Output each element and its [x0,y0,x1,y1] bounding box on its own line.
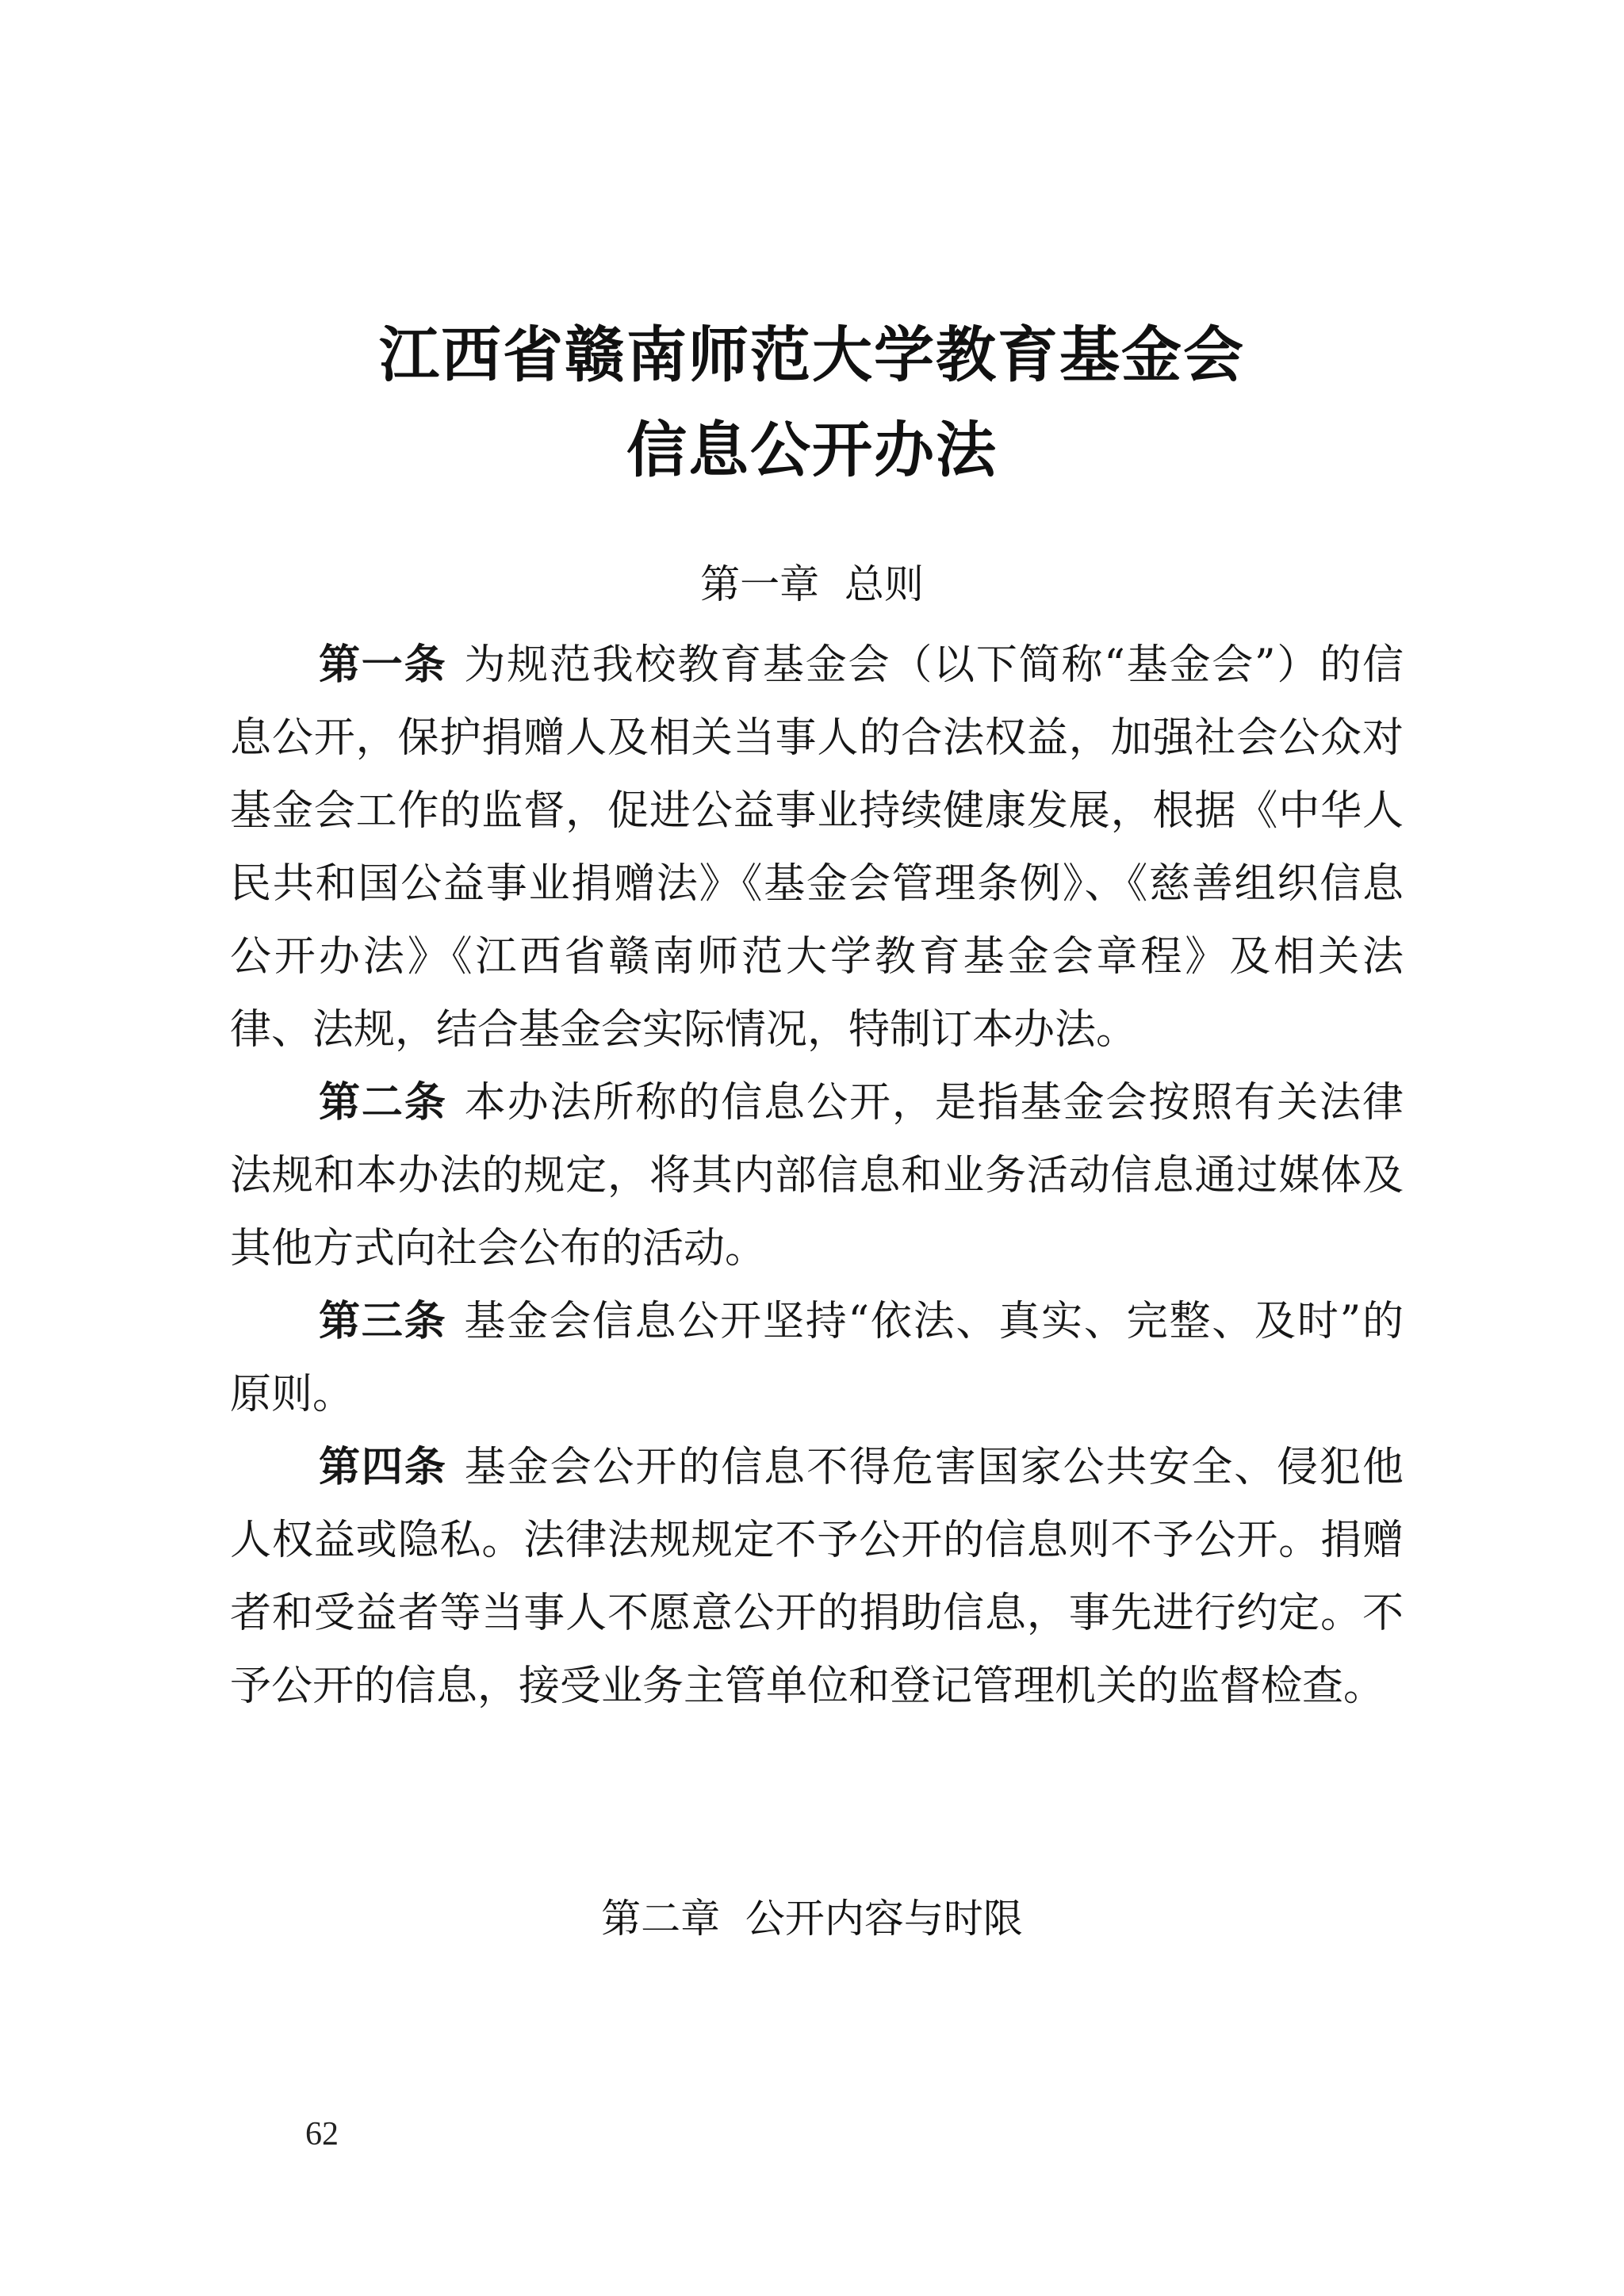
article-1: 第一条为规范我校教育基金会（以下简称“基金会”）的信息公开，保护捐赠人及相关当事… [230,629,1404,1066]
article-label: 第二条 [319,1079,447,1127]
chapter-heading-2: 第二章 公开内容与时限 [0,1899,1624,1938]
article-label: 第四条 [319,1444,447,1491]
article-label: 第一条 [319,641,446,689]
chapter-heading-1: 第一章 总则 [0,564,1624,604]
document-title-line-2: 信息公开办法 [0,420,1624,480]
document-page: 江西省赣南师范大学教育基金会 信息公开办法 第一章 总则 第一条为规范我校教育基… [0,0,1624,2296]
article-2: 第二条本办法所称的信息公开，是指基金会按照有关法律法规和本办法的规定，将其内部信… [230,1066,1404,1285]
article-label: 第三条 [319,1298,446,1345]
page-number: 62 [305,2115,339,2153]
article-4: 第四条基金会公开的信息不得危害国家公共安全、侵犯他人权益或隐私。法律法规规定不予… [230,1431,1404,1723]
chapter-1-body: 第一条为规范我校教育基金会（以下简称“基金会”）的信息公开，保护捐赠人及相关当事… [230,629,1404,1723]
document-title-line-1: 江西省赣南师范大学教育基金会 [0,325,1624,385]
article-text: 为规范我校教育基金会（以下简称“基金会”）的信息公开，保护捐赠人及相关当事人的合… [230,641,1404,1054]
article-3: 第三条基金会信息公开坚持“依法、真实、完整、及时”的原则。 [230,1285,1404,1431]
